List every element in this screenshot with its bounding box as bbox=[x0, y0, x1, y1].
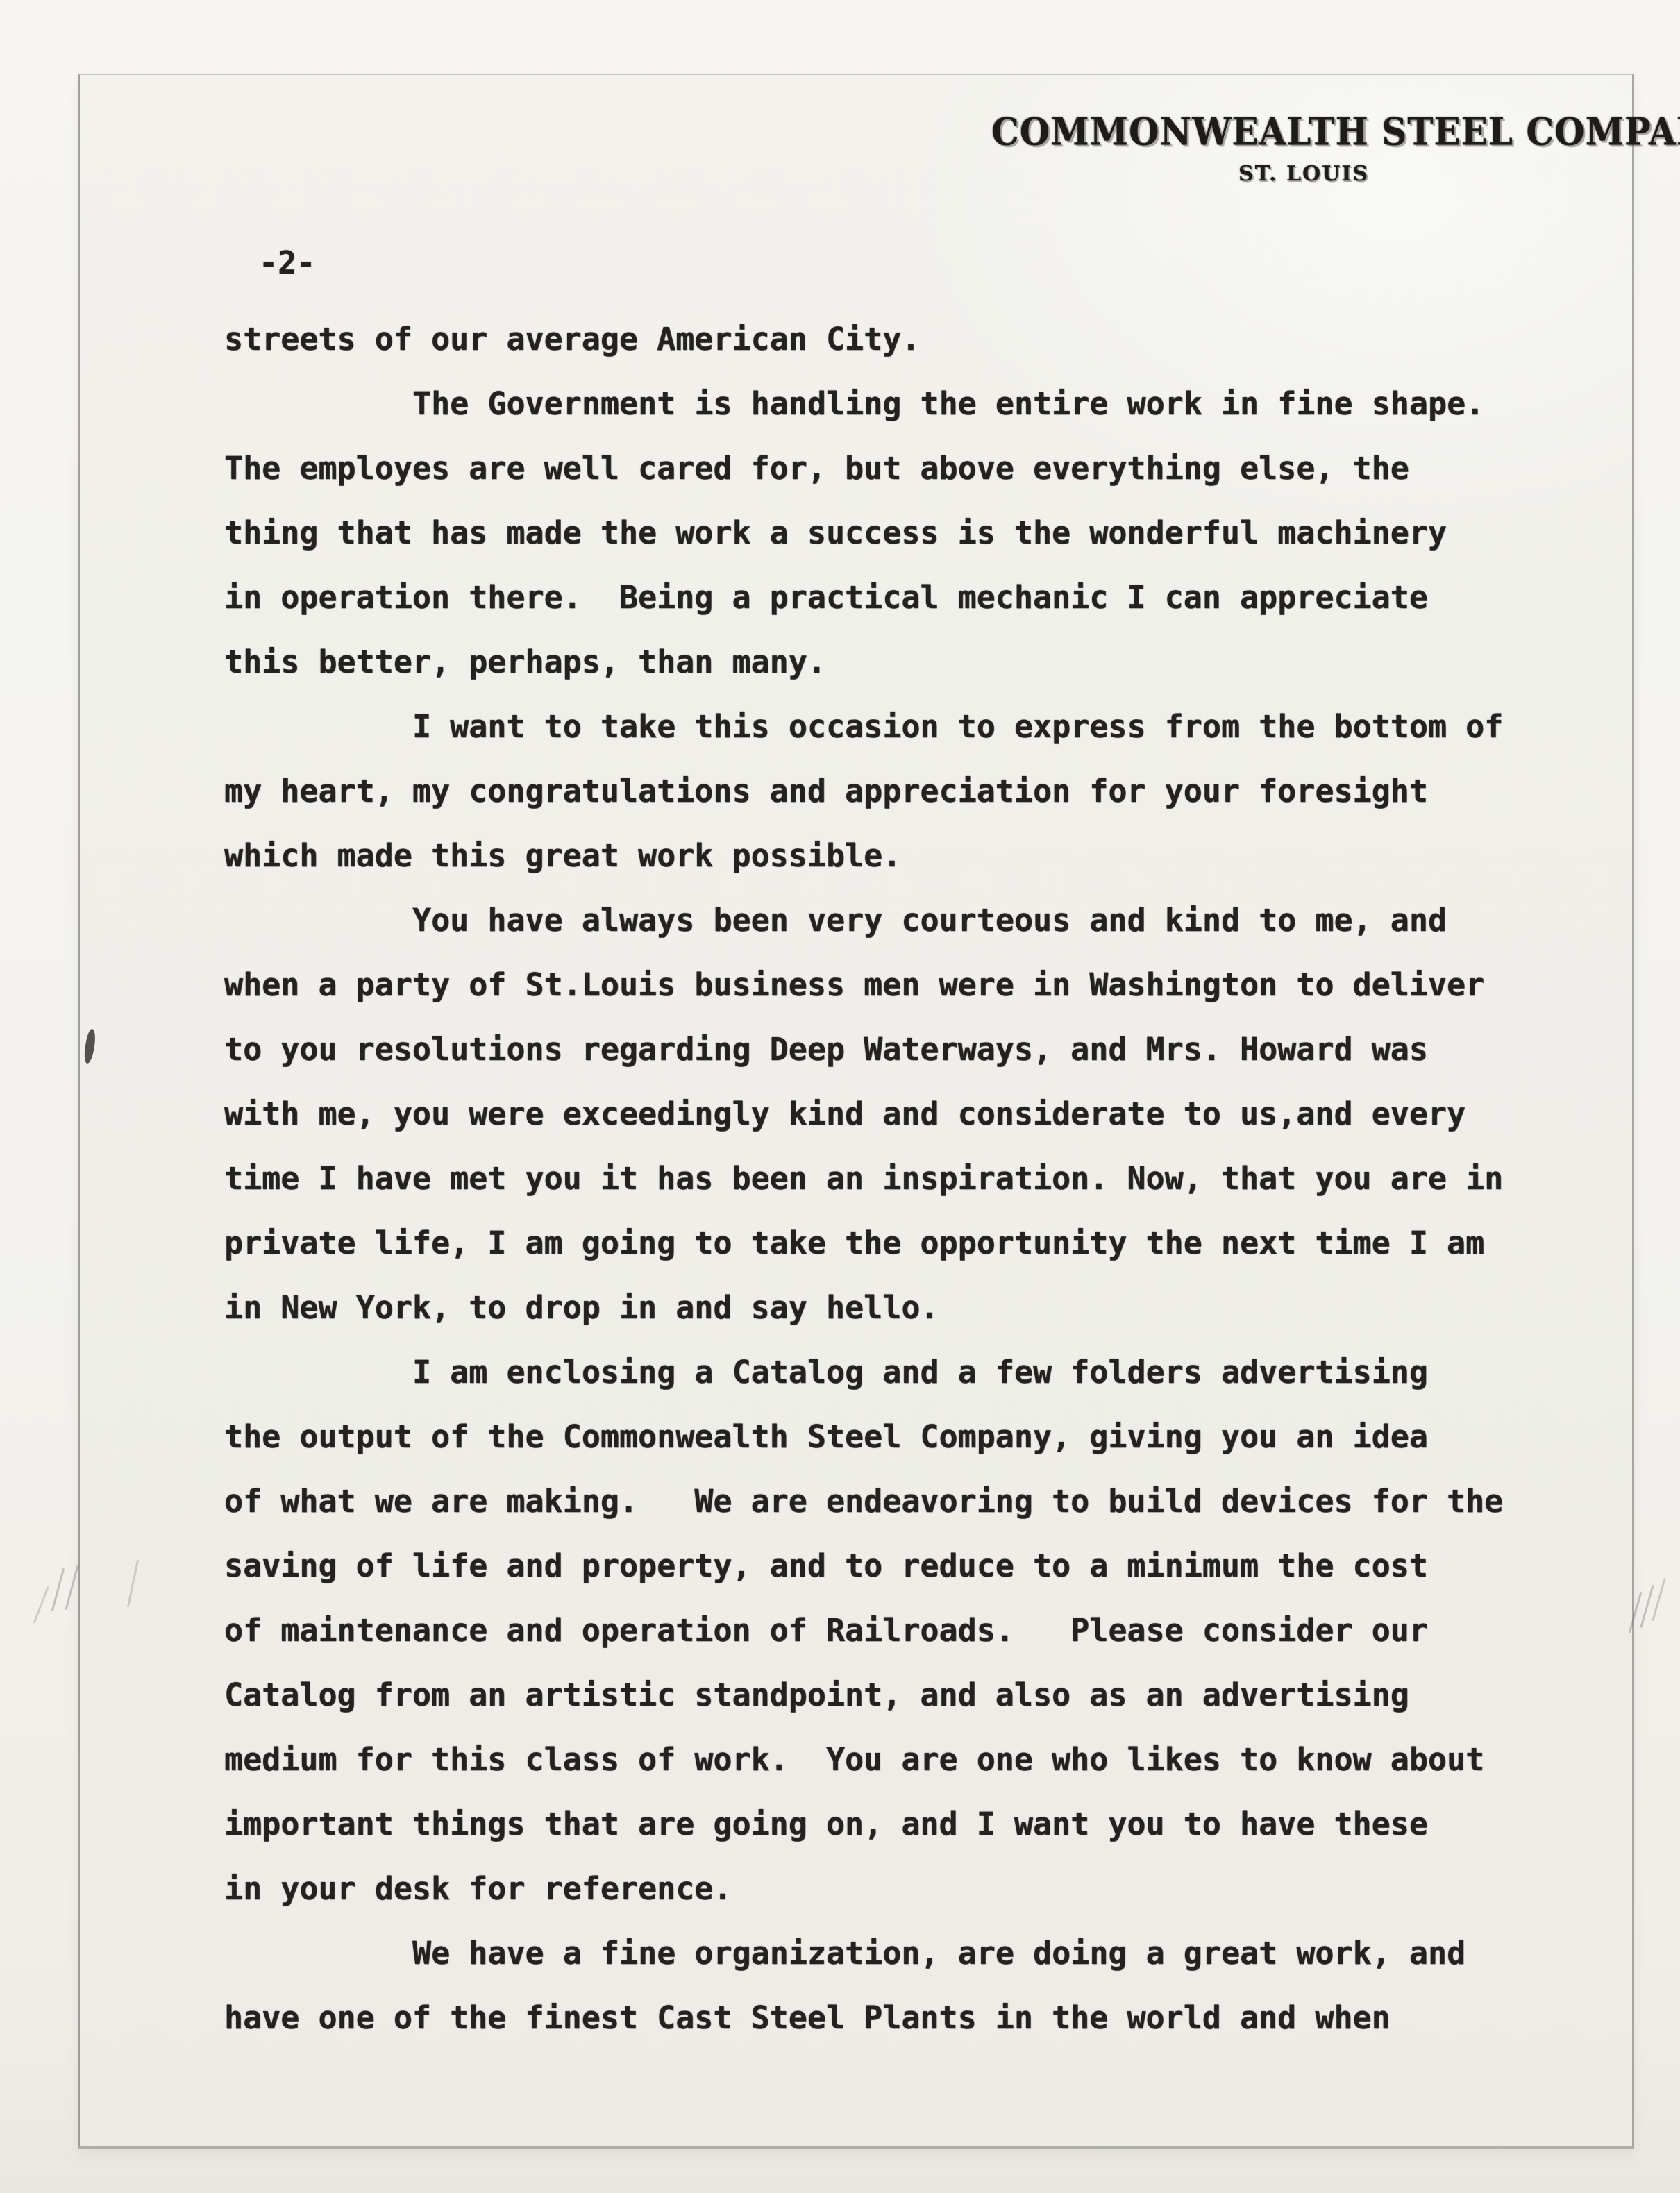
text-line: of what we are making. We are endeavorin… bbox=[224, 1469, 1613, 1534]
text-line: saving of life and property, and to redu… bbox=[224, 1534, 1613, 1598]
text-line: streets of our average American City. bbox=[224, 307, 1613, 371]
text-line: in your desk for reference. bbox=[224, 1856, 1613, 1921]
text-line: You have always been very courteous and … bbox=[224, 888, 1613, 952]
text-line: time I have met you it has been an inspi… bbox=[224, 1146, 1613, 1211]
letter-body: streets of our average American City.The… bbox=[224, 307, 1613, 2050]
ink-smudge bbox=[83, 1028, 97, 1064]
scanned-letter-screenshot: { "letterhead": { "company": "COMMONWEAL… bbox=[0, 0, 1680, 2193]
text-line: private life, I am going to take the opp… bbox=[224, 1211, 1613, 1275]
text-line: have one of the finest Cast Steel Plants… bbox=[224, 1985, 1613, 2050]
text-line: when a party of St.Louis business men we… bbox=[224, 952, 1613, 1017]
pencil-mark-left bbox=[65, 1565, 79, 1611]
company-city: ST. LOUIS bbox=[991, 162, 1616, 186]
text-line: I am enclosing a Catalog and a few folde… bbox=[224, 1340, 1613, 1404]
page-number: -2- bbox=[259, 244, 315, 281]
text-line: which made this great work possible. bbox=[224, 823, 1613, 888]
text-line: my heart, my congratulations and appreci… bbox=[224, 759, 1613, 823]
company-name: COMMONWEALTH STEEL COMPANY bbox=[991, 110, 1616, 154]
text-line: in operation there. Being a practical me… bbox=[224, 565, 1613, 630]
text-line: to you resolutions regarding Deep Waterw… bbox=[224, 1017, 1613, 1082]
text-line: this better, perhaps, than many. bbox=[224, 630, 1613, 694]
text-line: The employes are well cared for, but abo… bbox=[224, 436, 1613, 501]
text-line: thing that has made the work a success i… bbox=[224, 501, 1613, 565]
pencil-mark-right bbox=[1640, 1585, 1654, 1628]
text-line: of maintenance and operation of Railroad… bbox=[224, 1598, 1613, 1663]
pencil-mark-right bbox=[1652, 1578, 1666, 1621]
letterhead: COMMONWEALTH STEEL COMPANY ST. LOUIS bbox=[991, 111, 1616, 186]
text-line: We have a fine organization, are doing a… bbox=[224, 1921, 1613, 1985]
text-line: The Government is handling the entire wo… bbox=[224, 371, 1613, 436]
pencil-mark-left bbox=[33, 1585, 50, 1623]
letter-page: COMMONWEALTH STEEL COMPANY ST. LOUIS -2-… bbox=[78, 74, 1634, 2149]
text-line: the output of the Commonwealth Steel Com… bbox=[224, 1404, 1613, 1469]
text-line: in New York, to drop in and say hello. bbox=[224, 1275, 1613, 1340]
pencil-mark-left bbox=[51, 1568, 65, 1612]
text-line: I want to take this occasion to express … bbox=[224, 694, 1613, 759]
text-line: important things that are going on, and … bbox=[224, 1792, 1613, 1856]
text-line: medium for this class of work. You are o… bbox=[224, 1727, 1613, 1792]
text-line: Catalog from an artistic standpoint, and… bbox=[224, 1663, 1613, 1727]
text-line: with me, you were exceedingly kind and c… bbox=[224, 1082, 1613, 1146]
